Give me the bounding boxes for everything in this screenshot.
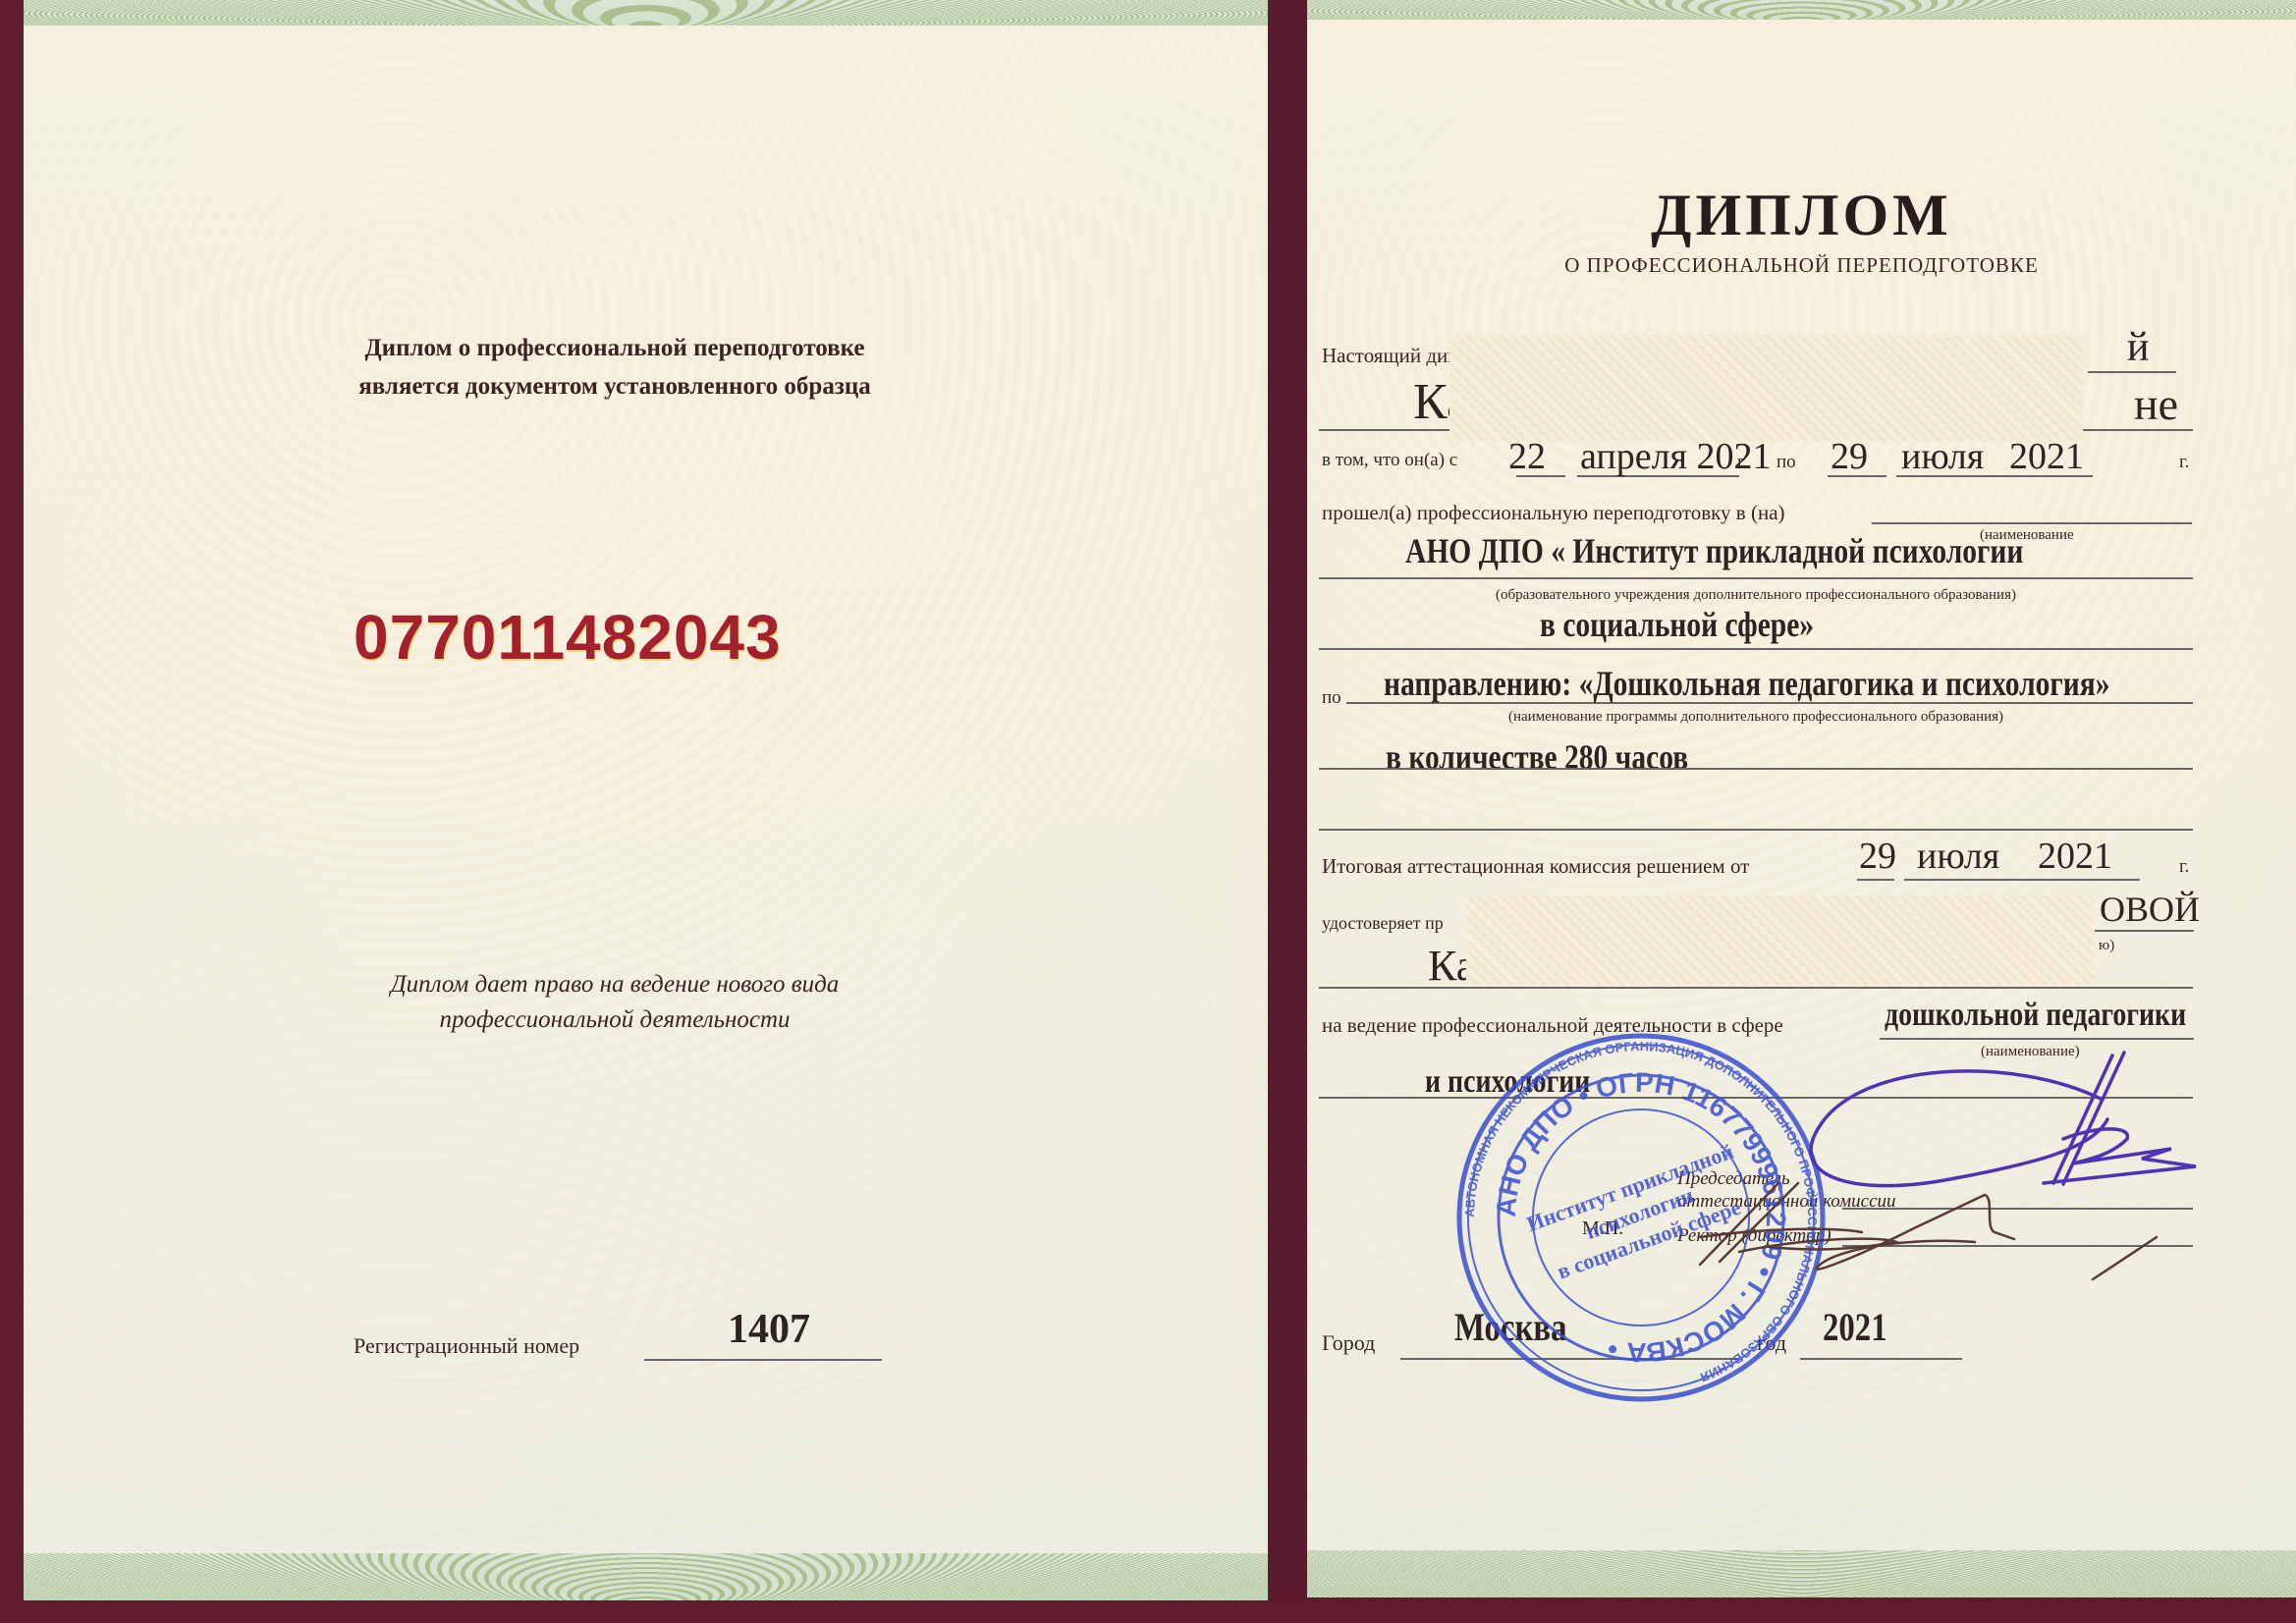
certified-name-underline xyxy=(1319,987,2193,989)
year: 2021 xyxy=(1823,1304,1901,1350)
end-year: 2021 xyxy=(2009,435,2084,478)
serial-number: 077011482043 xyxy=(354,601,782,674)
cover-spine xyxy=(1268,0,1307,1623)
field-line2: и психологии xyxy=(1425,1063,1626,1101)
program-prefix: по xyxy=(1322,687,1341,709)
chair-signature-underline xyxy=(1842,1208,2193,1210)
institution-line1-text: АНО ДПО « Институт прикладной психологии xyxy=(1405,530,2023,571)
program-hours: в количестве 280 часов xyxy=(1386,736,1755,778)
guilloche-band-top xyxy=(1307,0,2296,20)
commission-date-underline xyxy=(1904,879,2140,881)
city-underline xyxy=(1400,1358,1739,1360)
guilloche-band-bottom xyxy=(1307,1550,2296,1597)
holder-name-suffix: не xyxy=(2134,378,2178,430)
cover-bottom xyxy=(0,1598,2296,1623)
field-line1-text: дошкольной педагогики xyxy=(1885,997,2186,1034)
guilloche-band-top xyxy=(24,0,1268,26)
commission-year: 2021 xyxy=(2038,835,2112,878)
city-label: Город xyxy=(1322,1330,1375,1356)
commission-g: г. xyxy=(2179,856,2189,878)
year-label: год xyxy=(1757,1330,1786,1356)
start-day: 22 xyxy=(1508,435,1546,478)
end-day: 29 xyxy=(1831,435,1868,478)
rights-note: Диплом дает право на ведение нового вида… xyxy=(301,967,929,1038)
registration-number: 1407 xyxy=(728,1306,810,1353)
institution-line2-underline xyxy=(1319,648,2193,650)
certifies-caption-tail: ю) xyxy=(2099,938,2114,954)
document-status-note: Диплом о профессиональной переподготовке… xyxy=(301,329,929,406)
caption-institution: (образовательного учреждения дополнитель… xyxy=(1319,587,2193,604)
hours-underline xyxy=(1319,768,2193,770)
field-line2-text: и психологии xyxy=(1425,1063,1590,1101)
registration-label: Регистрационный номер xyxy=(354,1333,579,1359)
right-page: ДИПЛОМ О ПРОФЕССИОНАЛЬНОЙ ПЕРЕПОДГОТОВКЕ… xyxy=(1307,0,2296,1597)
institution-label-underline xyxy=(1872,522,2192,524)
cover-left-edge xyxy=(0,0,24,1623)
institution-label: прошел(а) профессиональную переподготовк… xyxy=(1322,501,1785,525)
status-note-line1: Диплом о профессиональной переподготовке xyxy=(301,329,929,367)
institution-line1: АНО ДПО « Институт прикладной психологии xyxy=(1405,530,2159,571)
city: Москва xyxy=(1454,1304,1592,1350)
certifies-underline xyxy=(2078,930,2194,932)
period-to: по xyxy=(1777,452,1796,473)
holder-line1-underline xyxy=(2088,371,2176,373)
period-g2: г. xyxy=(2179,452,2189,473)
redacted-certified-name xyxy=(1466,895,2095,986)
registration-underline xyxy=(644,1359,882,1361)
caption-field: (наименование) xyxy=(1981,1044,2080,1060)
rights-note-line1: Диплом дает право на ведение нового вида xyxy=(301,967,929,1002)
caption-program: (наименование программы дополнительного … xyxy=(1319,709,2193,726)
period-g1: г. xyxy=(1737,452,1747,473)
left-page: Диплом о профессиональной переподготовке… xyxy=(24,0,1268,1600)
rights-note-line2: профессиональной деятельности xyxy=(301,1002,929,1038)
institution-line2: в социальной сфере» xyxy=(1540,604,1874,645)
diploma-title: ДИПЛОМ xyxy=(1307,182,2296,249)
city-text: Москва xyxy=(1454,1304,1567,1350)
year-text: 2021 xyxy=(1823,1304,1887,1350)
rector-label: Ректор (директор) xyxy=(1677,1225,1831,1247)
program-name: направлению: «Дошкольная педагогика и пс… xyxy=(1384,663,2269,704)
status-note-line2: является документом установленного образ… xyxy=(301,367,929,406)
guilloche-band-bottom xyxy=(24,1553,1268,1600)
holder-line1-suffix: й xyxy=(2127,324,2149,371)
blank-underline xyxy=(1319,829,2193,831)
redacted-holder-name xyxy=(1449,334,2083,442)
diploma-subtitle: О ПРОФЕССИОНАЛЬНОЙ ПЕРЕПОДГОТОВКЕ xyxy=(1307,253,2296,278)
end-month: июля xyxy=(1901,435,1984,478)
diploma-header: ДИПЛОМ О ПРОФЕССИОНАЛЬНОЙ ПЕРЕПОДГОТОВКЕ xyxy=(1307,182,2296,278)
institution-line2-text: в социальной сфере» xyxy=(1540,604,1814,645)
field-line2-underline xyxy=(1319,1097,2193,1099)
commission-month: июля xyxy=(1917,835,1999,878)
year-underline xyxy=(1800,1358,1962,1360)
institution-line1-underline xyxy=(1319,577,2193,579)
field-line1-underline xyxy=(1880,1038,2194,1040)
commission-day: 29 xyxy=(1859,835,1896,878)
seal-mark: М.П. xyxy=(1582,1217,1623,1240)
certifies-suffix: ОВОЙ xyxy=(2100,889,2200,930)
chair-line1: Председатель xyxy=(1677,1168,1790,1190)
field-label: на ведение профессиональной деятельности… xyxy=(1322,1013,1783,1038)
rector-signature-underline xyxy=(1842,1245,2193,1247)
chair-signature xyxy=(1811,1053,2196,1186)
commission-label: Итоговая аттестационная комиссия решение… xyxy=(1322,854,1749,879)
program-hours-text: в количестве 280 часов xyxy=(1386,736,1688,778)
field-line1: дошкольной педагогики xyxy=(1885,997,2253,1034)
commission-day-underline xyxy=(1857,879,1894,881)
period-prefix: в том, что он(а) с xyxy=(1322,450,1457,471)
program-name-text: направлению: «Дошкольная педагогика и пс… xyxy=(1384,663,2110,704)
certifies-intro: удостоверяет пр xyxy=(1322,913,1444,934)
